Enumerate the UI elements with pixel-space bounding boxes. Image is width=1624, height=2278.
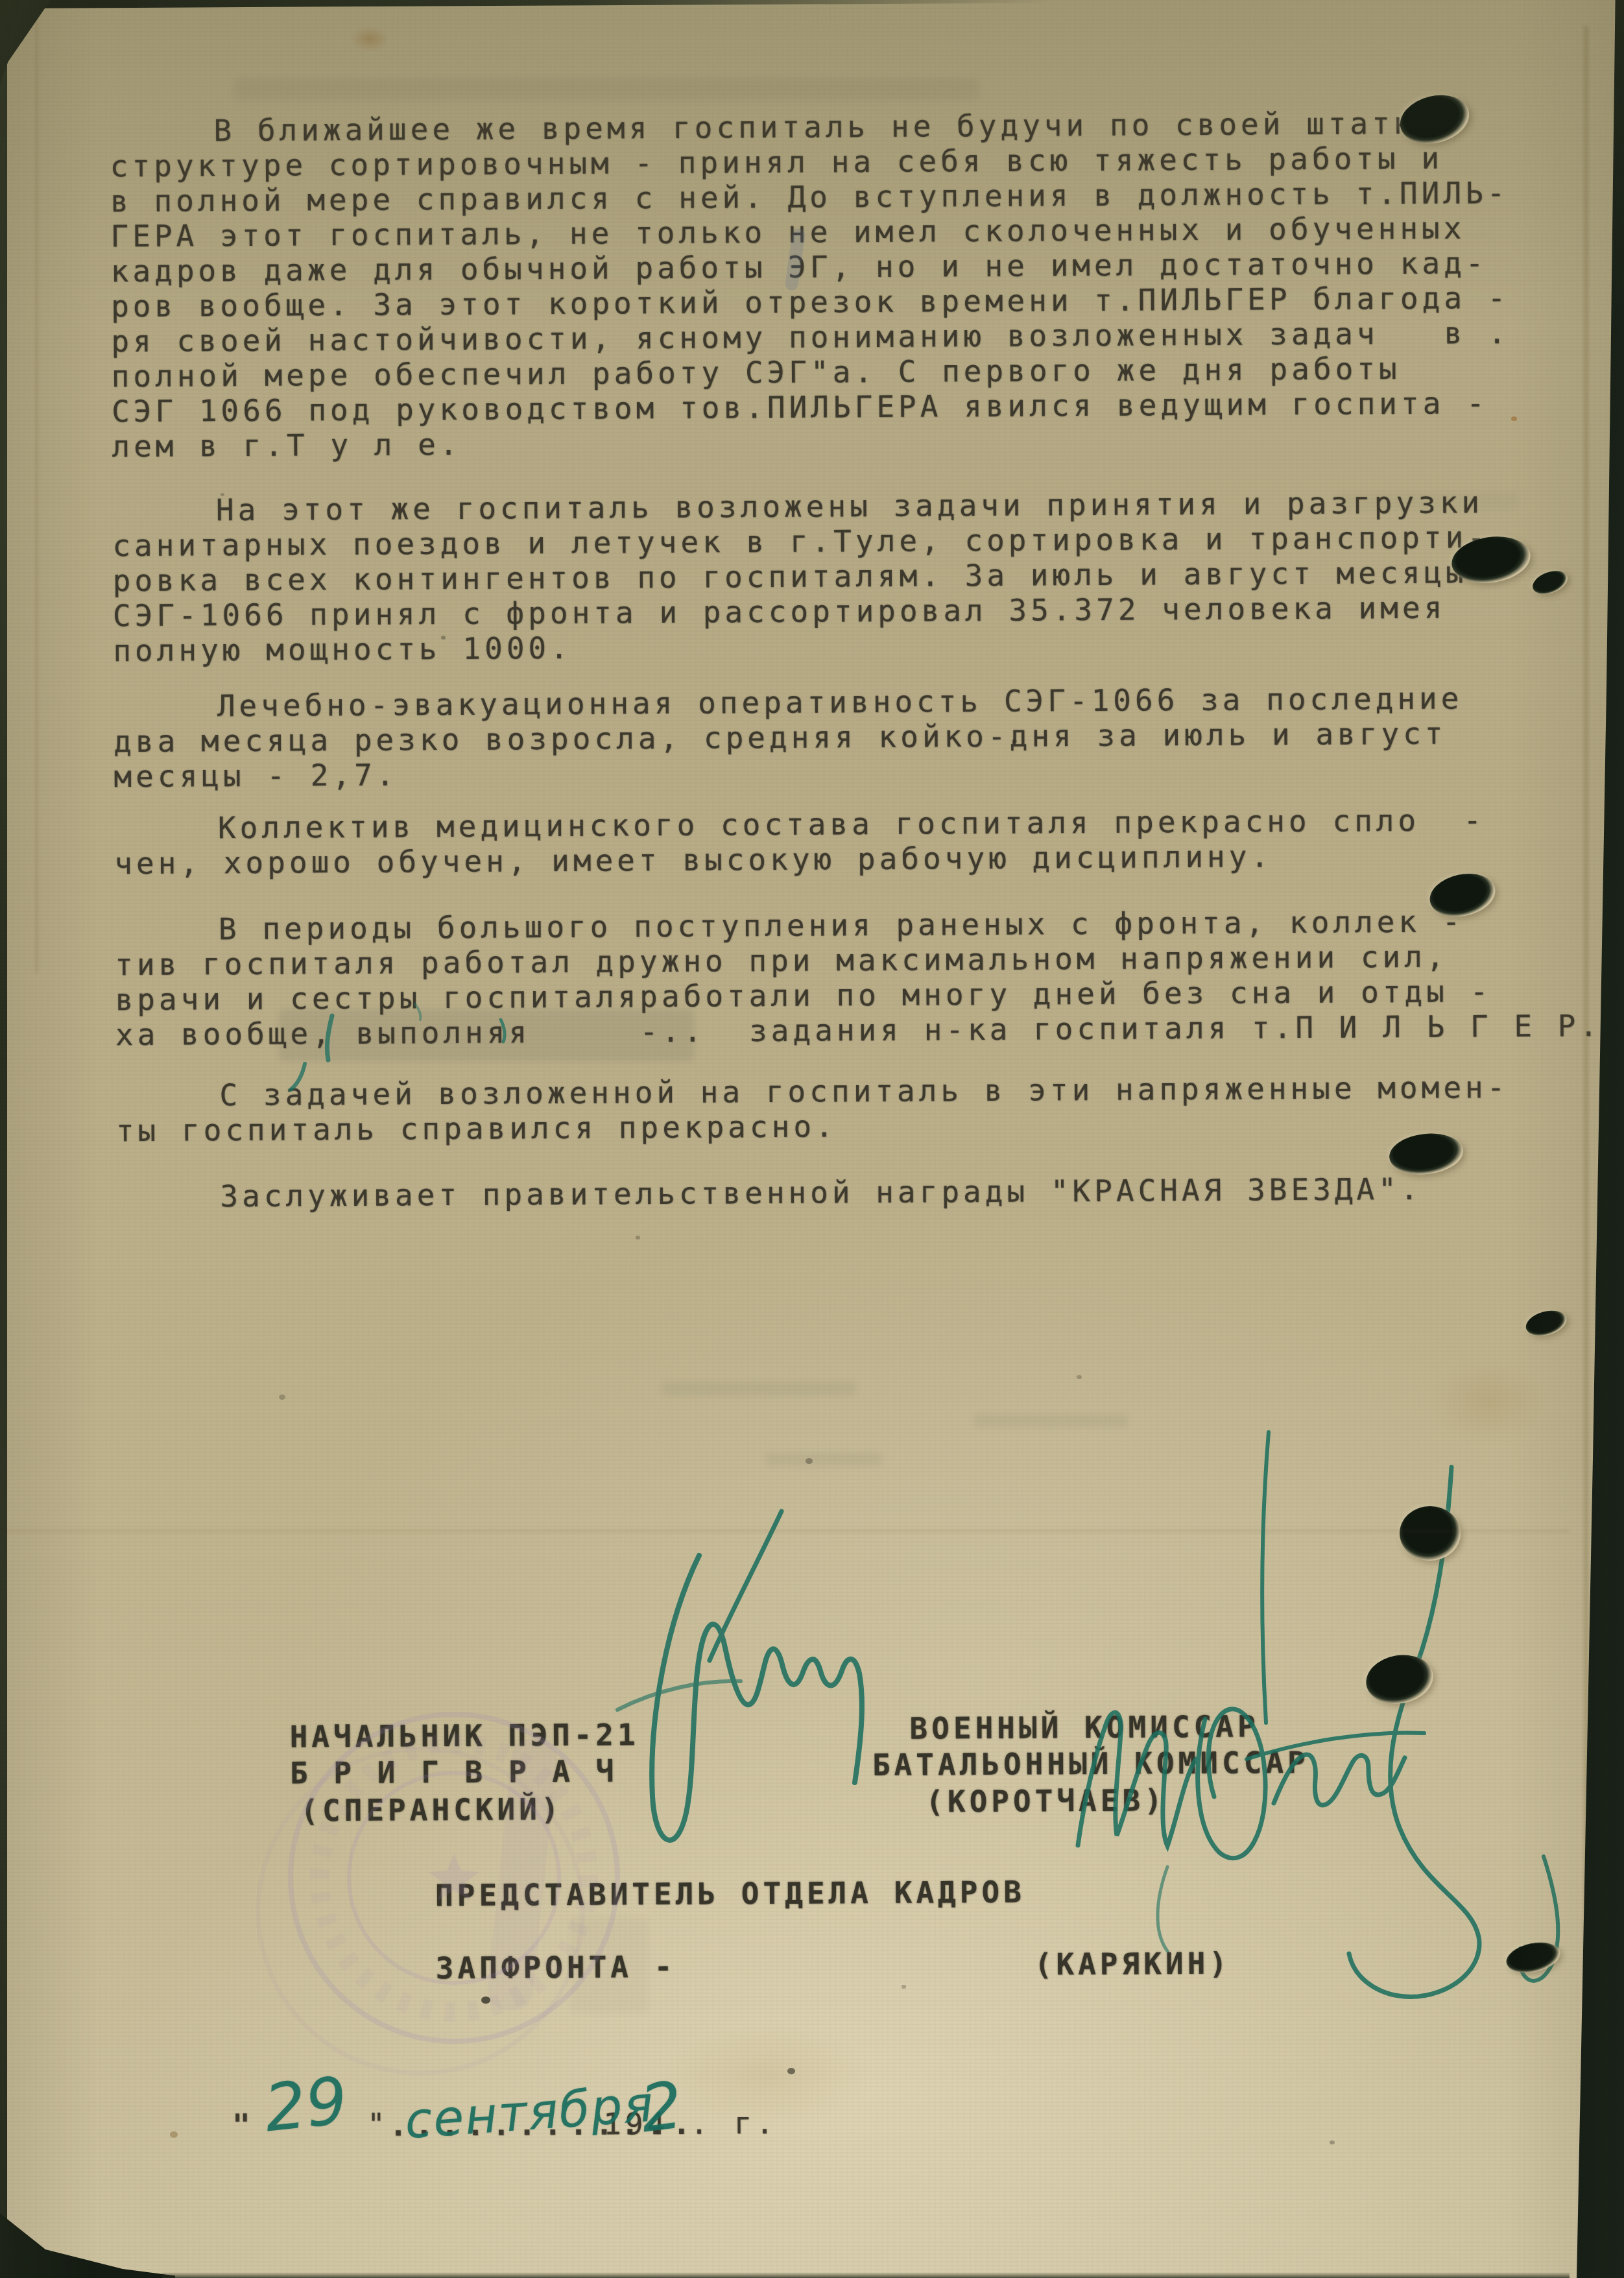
- paper-speck: [787, 2068, 795, 2074]
- fold-crease: [35, 0, 38, 973]
- paper-speck: [170, 2131, 178, 2138]
- typed-paragraph: С задачей возложенной на госпиталь в эти…: [115, 1070, 1509, 1148]
- paper-speck: [571, 272, 575, 276]
- paper-speck: [279, 1395, 285, 1400]
- paper-speck: [441, 636, 446, 640]
- document-page: В ближайшее же время госпиталь не будучи…: [0, 0, 1624, 2278]
- typed-text-layer: В ближайшее же время госпиталь не будучи…: [0, 0, 1624, 2278]
- left-signer-name: (СПЕРАНСКИЙ): [300, 1792, 563, 1828]
- typed-paragraph: В периоды большого поступления раненых с…: [115, 903, 1601, 1052]
- typed-paragraph: Заслуживает правительственной награды "К…: [116, 1171, 1422, 1214]
- paper-hole: [1400, 1506, 1461, 1561]
- date-suffix: . г.: [690, 2105, 778, 2141]
- typed-line: месяцы - 2,7.: [113, 750, 1463, 794]
- paper-speck: [636, 1236, 640, 1240]
- typed-line: Заслуживает правительственной награды "К…: [116, 1171, 1422, 1214]
- typed-line: полную мощность 1000.: [113, 625, 1490, 668]
- paper-speck: [221, 493, 224, 496]
- representative-name: (КАРЯКИН): [1034, 1946, 1232, 1982]
- typed-paragraph: В ближайшее же время госпиталь не будучи…: [110, 105, 1511, 464]
- right-signer-name: (КОРОТЧАЕВ): [925, 1782, 1166, 1819]
- page-edge-bottom: [162, 2272, 1570, 2278]
- typed-paragraph: Лечебно-эвакуационная оперативность СЭГ-…: [113, 680, 1464, 794]
- paper-speck: [806, 1458, 813, 1464]
- left-signer-title-2: Б Р И Г В Р А Ч: [290, 1753, 618, 1790]
- typed-paragraph: Коллектив медицинского состава госпиталя…: [114, 802, 1486, 881]
- paper-speck: [902, 1985, 906, 1989]
- right-signer-title-2: БАТАЛЬОННЫЙ КОМИССАР: [872, 1745, 1309, 1782]
- representative-title: ПРЕДСТАВИТЕЛЬ ОТДЕЛА КАДРОВ: [435, 1875, 1025, 1913]
- page-edge-left: [0, 0, 7, 2278]
- date-open-quote: ": [232, 2107, 254, 2142]
- typed-paragraph: На этот же госпиталь возложены задачи пр…: [112, 485, 1490, 668]
- date-close-quote: ": [367, 2107, 389, 2142]
- right-signer-title-1: ВОЕННЫЙ КОМИССАР: [909, 1709, 1259, 1745]
- left-signer-title-1: НАЧАЛЬНИК ПЭП-21: [289, 1717, 639, 1754]
- typed-line: чен, хорошо обучен, имеет высокую рабочу…: [114, 837, 1486, 881]
- representative-org: ЗАПФРОНТА -: [436, 1949, 676, 1985]
- fold-crease: [0, 1529, 1570, 1533]
- handwritten-day: 29: [261, 2063, 351, 2147]
- handwritten-year-digit: 2: [636, 2067, 686, 2148]
